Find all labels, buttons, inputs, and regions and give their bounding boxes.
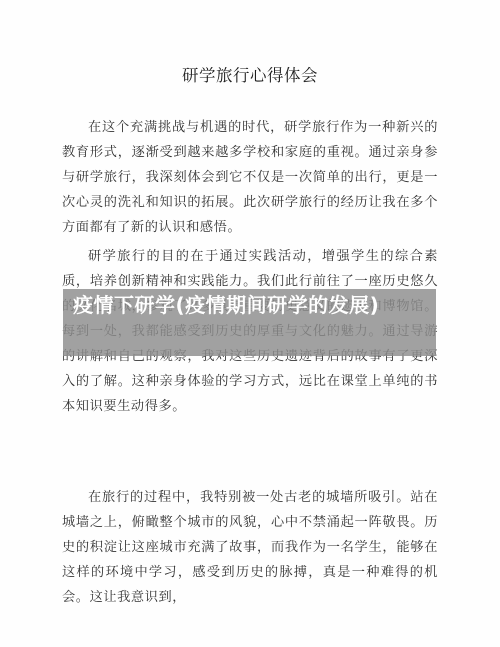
document-title: 研学旅行心得体会 bbox=[0, 62, 500, 86]
title-overlay-banner: 疫情下研学(疫情期间研学的发展) bbox=[63, 289, 436, 356]
document-page: 研学旅行心得体会 在这个充满挑战与机遇的时代，研学旅行作为一种新兴的教育形式，逐… bbox=[0, 0, 500, 647]
paragraph-1: 在这个充满挑战与机遇的时代，研学旅行作为一种新兴的教育形式，逐渐受到越来越多学校… bbox=[62, 115, 438, 240]
paragraph-3: 在旅行的过程中，我特别被一处古老的城墙所吸引。站在城墙之上，俯瞰整个城市的风貌，… bbox=[62, 485, 438, 610]
overlay-title: 疫情下研学(疫情期间研学的发展) bbox=[73, 291, 433, 320]
